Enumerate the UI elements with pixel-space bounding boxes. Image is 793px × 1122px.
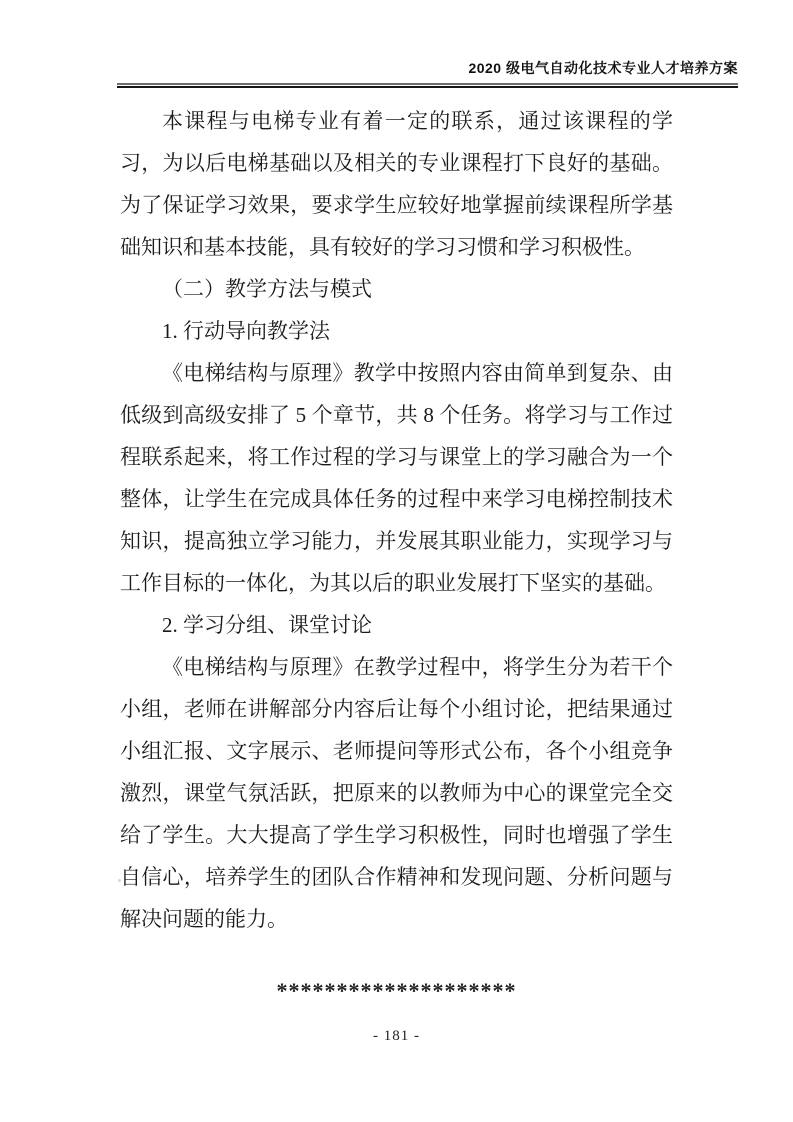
scan-artifact-dot: [118, 879, 121, 882]
paragraph: 《电梯结构与原理》教学中按照内容由简单到复杂、由低级到高级安排了 5 个章节，共…: [120, 352, 673, 604]
section-separator: ********************: [120, 976, 673, 1006]
paragraph: 本课程与电梯专业有着一定的联系，通过该课程的学习，为以后电梯基础以及相关的专业课…: [120, 100, 673, 268]
section-heading: 2. 学习分组、课堂讨论: [120, 604, 673, 646]
document-body: 本课程与电梯专业有着一定的联系，通过该课程的学习，为以后电梯基础以及相关的专业课…: [120, 100, 673, 1006]
header-rule: [117, 83, 738, 88]
section-heading: （二）教学方法与模式: [120, 268, 673, 310]
document-page: 2020 级电气自动化技术专业人才培养方案 本课程与电梯专业有着一定的联系，通过…: [0, 0, 793, 1122]
page-header-title: 2020 级电气自动化技术专业人才培养方案: [468, 58, 738, 78]
section-heading: 1. 行动导向教学法: [120, 310, 673, 352]
page-number: - 181 -: [0, 1028, 793, 1045]
paragraph: 《电梯结构与原理》在教学过程中，将学生分为若干个小组，老师在讲解部分内容后让每个…: [120, 646, 673, 940]
